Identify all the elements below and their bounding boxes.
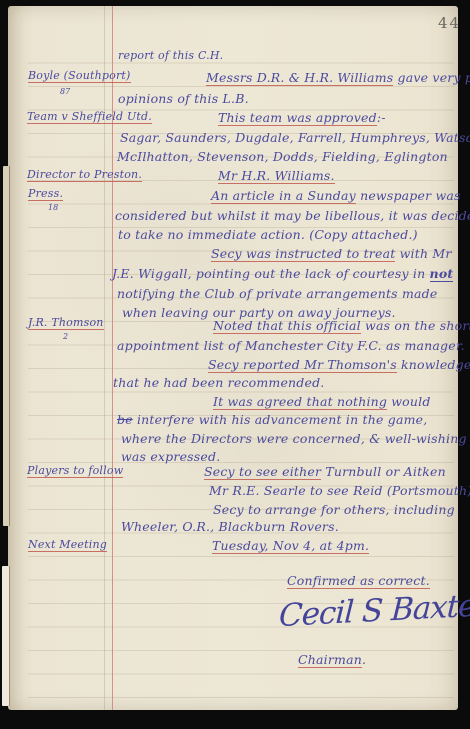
minute-wiggall-line-2: J.E. Wiggall, pointing out the lack of c… (112, 266, 453, 281)
minute-boyle-line-1: Messrs D.R. & H.R. Williams gave very po… (206, 70, 470, 85)
team-list-line-1: Sagar, Saunders, Dugdale, Farrell, Humph… (120, 130, 470, 145)
minute-players-line-4: Wheeler, O.R., Blackburn Rovers. (121, 519, 339, 534)
under-page-edge (3, 166, 9, 526)
team-list-line-2: McIlhatton, Stevenson, Dodds, Fielding, … (117, 149, 448, 164)
margin-note-number: 18 (48, 203, 58, 212)
minute-boyle-line-2: opinions of this L.B. (118, 91, 249, 106)
minute-players-line-2: Mr R.E. Searle to see Reid (Portsmouth) (209, 483, 470, 498)
margin-note-director: Director to Preston. (27, 168, 142, 181)
minute-team-line-1: This team was approved:- (218, 110, 386, 125)
minute-press-line-2: considered but whilst it may be libellou… (115, 208, 470, 223)
scanned-minute-book-photo: 44 report of this C.H. Boyle (Southport)… (0, 0, 470, 729)
minute-next-meeting-line: Tuesday, Nov 4, at 4pm. (212, 538, 369, 553)
margin-note-thomson: J.R. Thomson (28, 316, 104, 329)
minute-thomson-line-3: Secy reported Mr Thomson's knowledge (208, 357, 470, 372)
confirmation-line: Confirmed as correct. (287, 573, 430, 588)
page-number: 44 (438, 14, 461, 32)
minute-thomson-line-6: be interfere with his advancement in the… (117, 412, 427, 427)
chairman-signature: Cecil S Baxter (278, 587, 470, 634)
margin-note-number: 87 (60, 87, 70, 96)
carryover-line: report of this C.H. (118, 49, 223, 62)
margin-note-number: 2 (63, 332, 68, 341)
chairman-title: Chairman. (298, 652, 366, 667)
minute-thomson-line-2: appointment list of Manchester City F.C.… (117, 338, 465, 353)
margin-note-next-meeting: Next Meeting (28, 538, 107, 551)
minute-wiggall-line-1: Secy was instructed to treat with Mr (211, 246, 452, 261)
minute-director-line: Mr H.R. Williams. (218, 168, 335, 183)
minute-thomson-line-4: that he had been recommended. (113, 375, 324, 390)
margin-note-boyle: Boyle (Southport) (28, 69, 131, 82)
minute-wiggall-line-3: notifying the Club of private arrangemen… (117, 286, 437, 301)
page-paper: 44 report of this C.H. Boyle (Southport)… (8, 6, 458, 710)
margin-note-players: Players to follow (27, 464, 123, 477)
minute-thomson-line-5: It was agreed that nothing would (213, 394, 431, 409)
minute-thomson-line-8: was expressed. (121, 449, 220, 464)
minute-players-line-3: Secy to arrange for others, including (213, 502, 455, 517)
minute-thomson-line-7: where the Directors were concerned, & we… (121, 431, 467, 446)
margin-note-team: Team v Sheffield Utd. (27, 110, 152, 123)
minute-press-line-1: An article in a Sunday newspaper was (211, 188, 461, 203)
minute-press-line-3: to take no immediate action. (Copy attac… (118, 227, 418, 242)
under-page-edge (2, 566, 9, 706)
margin-note-press: Press. (28, 187, 63, 200)
minute-players-line-1: Secy to see either Turnbull or Aitken (204, 464, 446, 479)
minute-thomson-line-1: Noted that this official was on the shor… (213, 318, 470, 333)
